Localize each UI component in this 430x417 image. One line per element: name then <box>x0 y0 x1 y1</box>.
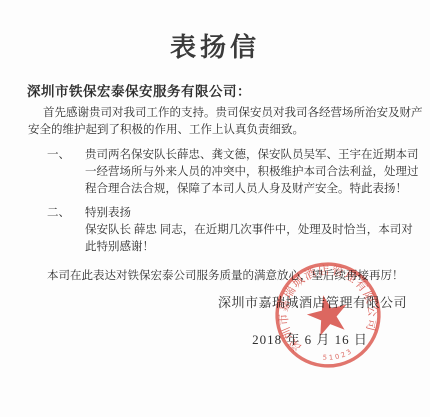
list-item-text: 贵司两名保安队长薛忠、龚文德，保安队员吴军、王宇在近期本司 一经营场所与外来人员… <box>85 147 419 198</box>
list-marker: 二、 <box>47 205 85 256</box>
recipient-line: 深圳市铁保宏泰保安服务有限公司： <box>27 80 430 100</box>
commendation-letter-page: 表扬信 深圳市铁保宏泰保安服务有限公司： 首先感谢贵司对我司工作的支持。贵司保安… <box>0 0 430 417</box>
intro-paragraph: 首先感谢贵司对我司工作的支持。贵司保安员对我司各经营场所治安及财产 安全的维护起… <box>28 105 420 139</box>
letter-title: 表扬信 <box>0 0 430 64</box>
list-line: 特别表扬 <box>85 205 413 222</box>
intro-line: 安全的维护起到了积极的作用、工作上认真负责细致。 <box>28 122 420 139</box>
list-item-1: 一、 贵司两名保安队长薛忠、龚文德，保安队员吴军、王宇在近期本司 一经营场所与外… <box>47 147 430 198</box>
intro-line: 首先感谢贵司对我司工作的支持。贵司保安员对我司各经营场所治安及财产 <box>28 105 420 122</box>
list-line: 一经营场所与外来人员的冲突中，积极维护本司合法利益，处理过 <box>85 164 419 181</box>
list-line: 贵司两名保安队长薛忠、龚文德，保安队员吴军、王宇在近期本司 <box>85 147 419 164</box>
list-line: 保安队长 薛忠 同志，在近期几次事件中，处理及时恰当，本司对 <box>85 222 413 239</box>
list-item-2: 二、 特别表扬 保安队长 薛忠 同志，在近期几次事件中，处理及时恰当，本司对 此… <box>47 205 430 256</box>
list-marker: 一、 <box>47 147 85 198</box>
stamp-star-icon <box>303 290 352 337</box>
list-line: 程合理合法合规，保障了本司人员人身及财产安全。特此表扬！ <box>85 181 419 198</box>
